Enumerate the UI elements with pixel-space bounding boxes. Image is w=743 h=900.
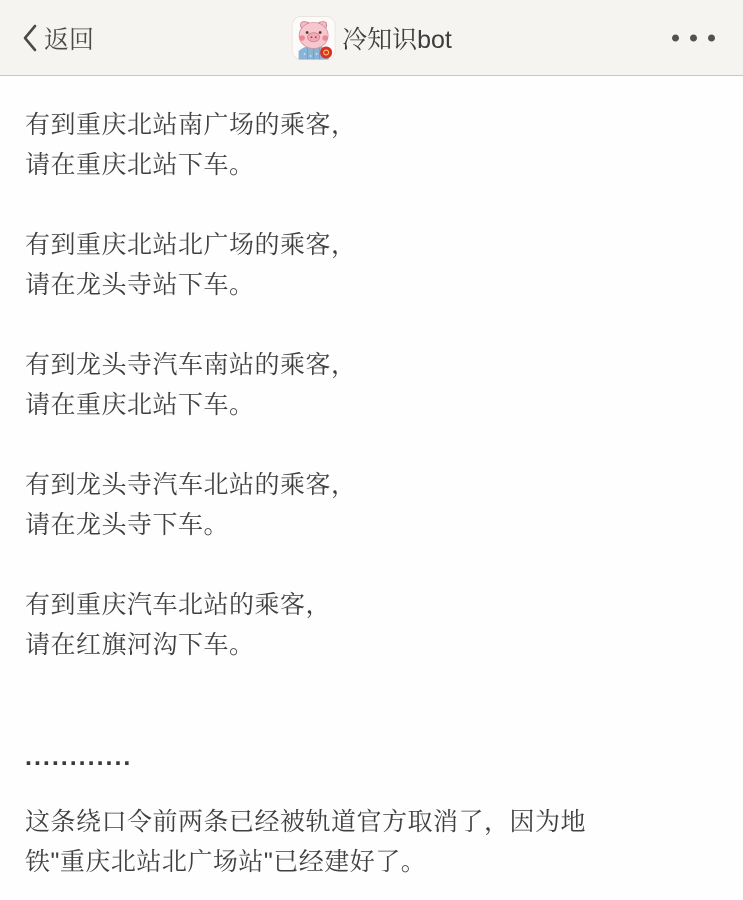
more-options-icon[interactable] — [670, 26, 717, 49]
paragraph-line: 这条绕口令前两条已经被轨道官方取消了，因为地 — [25, 802, 718, 842]
pig-avatar — [291, 16, 335, 60]
paragraph-line: 有到重庆北站北广场的乘客， — [25, 225, 718, 265]
paragraph-line: 请在龙头寺下车。 — [25, 505, 718, 545]
paragraph-line: 铁"重庆北站北广场站"已经建好了。 — [25, 842, 718, 882]
footer-paragraph: 这条绕口令前两条已经被轨道官方取消了，因为地 铁"重庆北站北广场站"已经建好了。 — [25, 802, 718, 882]
paragraph-line: 请在重庆北站下车。 — [25, 385, 718, 425]
paragraph-line: 有到重庆汽车北站的乘客， — [25, 585, 718, 625]
paragraph-line: 有到龙头寺汽车北站的乘客， — [25, 465, 718, 505]
chevron-left-icon — [22, 24, 38, 52]
chat-screen: 返回 — [0, 0, 743, 900]
ellipsis-line: ............ — [25, 737, 718, 777]
paragraph-line: 请在龙头寺站下车。 — [25, 265, 718, 305]
more-dot — [672, 34, 679, 41]
paragraph-line: 有到龙头寺汽车南站的乘客， — [25, 345, 718, 385]
more-dot — [708, 34, 715, 41]
paragraph-line: 有到重庆北站南广场的乘客， — [25, 105, 718, 145]
message-paragraph: 有到重庆北站北广场的乘客， 请在龙头寺站下车。 — [25, 225, 718, 305]
paragraph-line: 请在红旗河沟下车。 — [25, 625, 718, 665]
chat-title: 冷知识bot — [342, 20, 452, 56]
paragraph-line: 请在重庆北站下车。 — [25, 145, 718, 185]
header-bar: 返回 — [0, 0, 743, 76]
more-dot — [690, 34, 697, 41]
back-label: 返回 — [44, 20, 94, 56]
chat-title-block: 冷知识bot — [291, 16, 452, 60]
message-paragraph: 有到龙头寺汽车北站的乘客， 请在龙头寺下车。 — [25, 465, 718, 545]
message-content: 有到重庆北站南广场的乘客， 请在重庆北站下车。 有到重庆北站北广场的乘客， 请在… — [0, 76, 743, 882]
message-paragraph: 有到龙头寺汽车南站的乘客， 请在重庆北站下车。 — [25, 345, 718, 425]
back-button[interactable]: 返回 — [0, 20, 94, 56]
message-paragraph: 有到重庆北站南广场的乘客， 请在重庆北站下车。 — [25, 105, 718, 185]
message-paragraph: 有到重庆汽车北站的乘客， 请在红旗河沟下车。 — [25, 585, 718, 665]
